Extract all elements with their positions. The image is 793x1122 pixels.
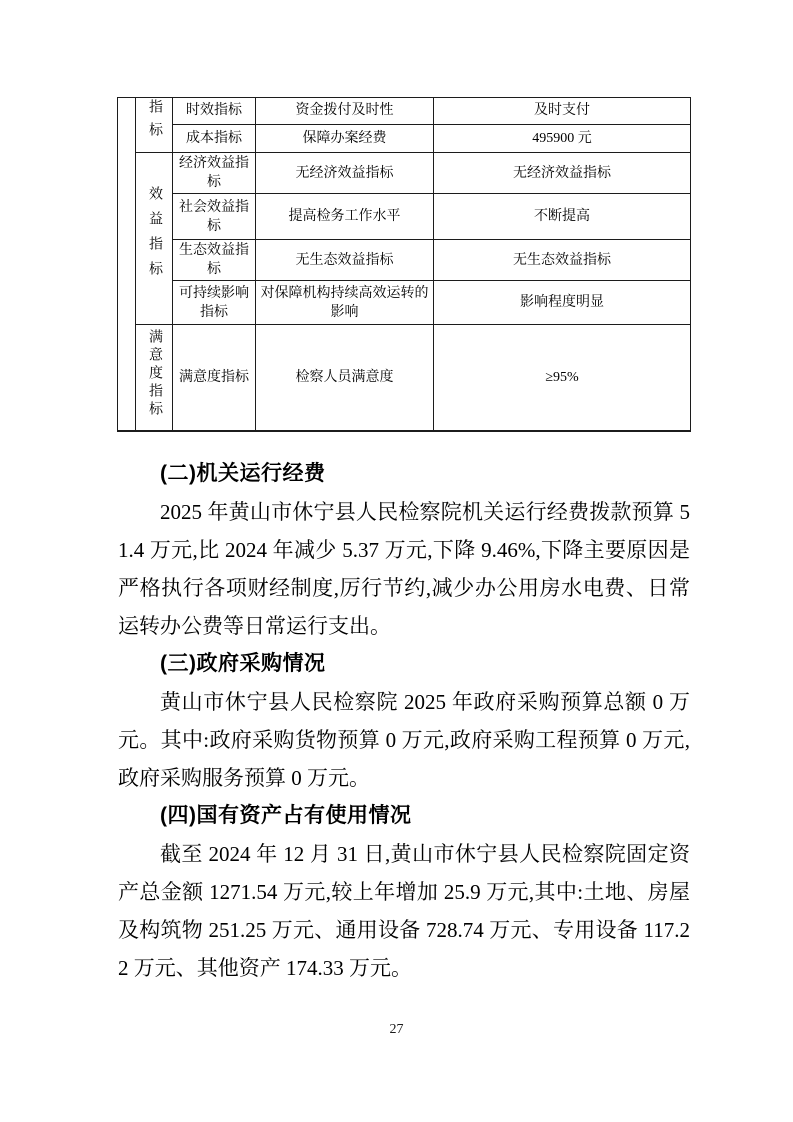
table-cell-value: 无经济效益指标	[434, 153, 691, 194]
section-paragraph-operating-funds: 2025 年黄山市休宁县人民检察院机关运行经费拨款预算 51.4 万元,比 20…	[118, 493, 690, 645]
table-cell-continued-empty	[118, 98, 136, 431]
table-cell-group-satisfaction: 满意度指标	[136, 325, 173, 431]
section-paragraph-state-assets: 截至 2024 年 12 月 31 日,黄山市休宁县人民检察院固定资产总金额 1…	[118, 835, 690, 987]
performance-indicator-table: 指标 时效指标 资金拨付及时性 及时支付 成本指标 保障办案经费 495900 …	[117, 97, 691, 432]
group-label: 满意度指标	[147, 329, 161, 419]
table-cell-category: 社会效益指标	[173, 194, 256, 240]
table-cell-name: 无经济效益指标	[256, 153, 434, 194]
table-cell-value: 495900 元	[434, 124, 691, 152]
table-row: 指标 时效指标 资金拨付及时性 及时支付	[118, 98, 691, 125]
table-cell-group-benefit: 效益指标	[136, 153, 173, 325]
table-cell-category: 满意度指标	[173, 325, 256, 431]
section-heading-operating-funds: (二)机关运行经费	[118, 455, 690, 493]
group-label: 指标	[147, 99, 161, 145]
table-cell-name: 对保障机构持续高效运转的影响	[256, 281, 434, 325]
page-number: 27	[0, 1022, 793, 1038]
table-cell-category: 经济效益指标	[173, 153, 256, 194]
table-cell-group-indicator: 指标	[136, 98, 173, 153]
table-cell-name: 检察人员满意度	[256, 325, 434, 431]
table-cell-value: 无生态效益指标	[434, 240, 691, 281]
table-row: 可持续影响指标 对保障机构持续高效运转的影响 影响程度明显	[118, 281, 691, 325]
document-body: (二)机关运行经费 2025 年黄山市休宁县人民检察院机关运行经费拨款预算 51…	[118, 455, 690, 987]
table-row: 满意度指标 满意度指标 检察人员满意度 ≥95%	[118, 325, 691, 431]
table-cell-category: 成本指标	[173, 124, 256, 152]
table-row: 社会效益指标 提高检务工作水平 不断提高	[118, 194, 691, 240]
table-cell-value: ≥95%	[434, 325, 691, 431]
table-cell-value: 不断提高	[434, 194, 691, 240]
table-cell-category: 可持续影响指标	[173, 281, 256, 325]
table-cell-value: 及时支付	[434, 98, 691, 125]
table-row: 成本指标 保障办案经费 495900 元	[118, 124, 691, 152]
table-cell-category: 生态效益指标	[173, 240, 256, 281]
section-heading-government-procurement: (三)政府采购情况	[118, 645, 690, 683]
table-cell-name: 无生态效益指标	[256, 240, 434, 281]
table-row: 生态效益指标 无生态效益指标 无生态效益指标	[118, 240, 691, 281]
group-label: 效益指标	[147, 186, 161, 286]
table-cell-name: 提高检务工作水平	[256, 194, 434, 240]
section-paragraph-government-procurement: 黄山市休宁县人民检察院 2025 年政府采购预算总额 0 万元。其中:政府采购货…	[118, 683, 690, 797]
document-page: 指标 时效指标 资金拨付及时性 及时支付 成本指标 保障办案经费 495900 …	[0, 0, 793, 1122]
table-cell-value: 影响程度明显	[434, 281, 691, 325]
table-cell-name: 资金拨付及时性	[256, 98, 434, 125]
table-cell-name: 保障办案经费	[256, 124, 434, 152]
table-cell-category: 时效指标	[173, 98, 256, 125]
table-row: 效益指标 经济效益指标 无经济效益指标 无经济效益指标	[118, 153, 691, 194]
section-heading-state-assets: (四)国有资产占有使用情况	[118, 797, 690, 835]
